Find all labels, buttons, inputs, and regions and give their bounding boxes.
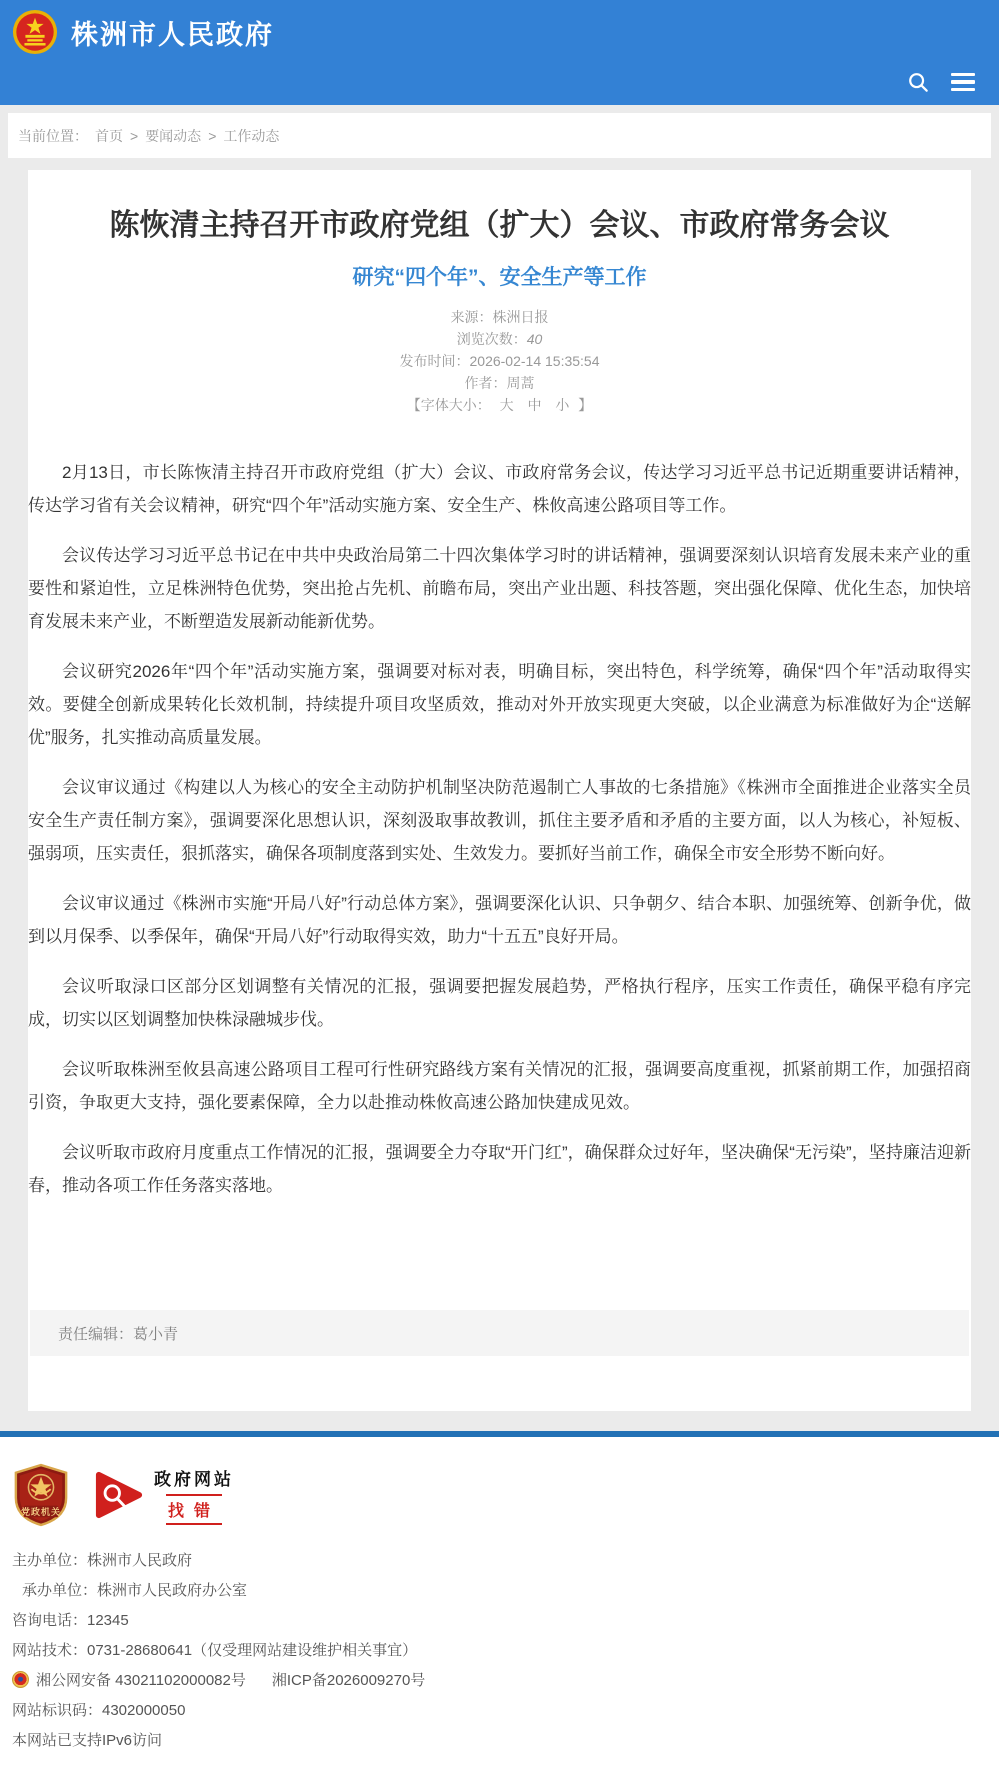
editor-note-text: 责任编辑：葛小青 [58, 1323, 178, 1344]
fontsize-prefix: 【字体大小： [407, 397, 491, 413]
footer-tech-line: 网站技术：0731-28680641（仅受理网站建设维护相关事宜） [12, 1639, 987, 1660]
meta-source-value: 株洲日报 [493, 309, 549, 325]
error-report-flag-icon [94, 1470, 144, 1520]
editor-note: 责任编辑：葛小青 [30, 1310, 969, 1356]
footer-ipv6-text: 本网站已支持IPv6访问 [12, 1729, 162, 1750]
article-paragraph: 会议审议通过《株洲市实施“开局八好”行动总体方案》，强调要深化认识、只争朝夕、结… [28, 887, 971, 953]
gongan-beian-link[interactable]: 湘公网安备 43021102000082号 [36, 1669, 246, 1690]
site-logo[interactable]: 株洲市人民政府 [0, 0, 999, 55]
article-paragraph: 会议听取市政府月度重点工作情况的汇报，强调要全力夺取“开门红”，确保群众过好年，… [28, 1136, 971, 1202]
national-emblem-icon [12, 9, 58, 55]
footer-ipv6-line: 本网站已支持IPv6访问 [12, 1729, 987, 1750]
footer-phone-line: 咨询电话：12345 [12, 1609, 987, 1630]
search-icon[interactable] [907, 71, 929, 93]
site-header: 株洲市人民政府 [0, 0, 999, 105]
article-paragraph: 会议审议通过《构建以人为核心的安全主动防护机制坚决防范遏制亡人事故的七条措施》《… [28, 771, 971, 870]
meta-views: 浏览次数：40 [28, 328, 971, 350]
meta-author-label: 作者： [465, 375, 507, 391]
error-report-line1: 政府网站 [154, 1470, 234, 1489]
article-paragraph: 2月13日，市长陈恢清主持召开市政府党组（扩大）会议、市政府常务会议，传达学习习… [28, 456, 971, 522]
fontsize-suffix: 】 [578, 397, 592, 413]
meta-author: 作者：周蒿 [28, 372, 971, 394]
footer-beian-line: 湘公网安备 43021102000082号 湘ICP备2026009270号 [12, 1669, 987, 1690]
site-title: 株洲市人民政府 [71, 13, 274, 52]
footer-host-line: 主办单位：株洲市人民政府 [12, 1549, 987, 1570]
article-subtitle: 研究“四个年”、安全生产等工作 [28, 261, 971, 291]
meta-time: 发布时间：2026-02-14 15:35:54 [28, 350, 971, 372]
footer-logos: 党政机关 政府网站 找错 [12, 1463, 987, 1527]
article-paragraph: 会议传达学习习近平总书记在中共中央政治局第二十四次集体学习时的讲话精神，强调要深… [28, 539, 971, 638]
breadcrumb-separator: > [208, 128, 216, 144]
article-paragraph: 会议听取渌口区部分区划调整有关情况的汇报，强调要把握发展趋势，严格执行程序，压实… [28, 970, 971, 1036]
fontsize-medium-button[interactable]: 中 [528, 397, 542, 413]
footer-sitecode-text: 网站标识码：4302000050 [12, 1699, 185, 1720]
icp-beian-link[interactable]: 湘ICP备2026009270号 [272, 1669, 425, 1690]
meta-author-value: 周蒿 [507, 375, 535, 391]
party-badge-label: 党政机关 [21, 1505, 61, 1518]
meta-time-label: 发布时间： [400, 353, 470, 369]
article-paragraph: 会议听取株洲至攸县高速公路项目工程可行性研究路线方案有关情况的汇报，强调要高度重… [28, 1053, 971, 1119]
fontsize-large-button[interactable]: 大 [500, 397, 514, 413]
footer-sitecode-line: 网站标识码：4302000050 [12, 1699, 987, 1720]
footer-info: 主办单位：株洲市人民政府 承办单位：株洲市人民政府办公室 咨询电话：12345 … [12, 1549, 987, 1750]
footer-organizer-text: 承办单位：株洲市人民政府办公室 [22, 1579, 247, 1600]
article-meta: 来源：株洲日报 浏览次数：40 发布时间：2026-02-14 15:35:54… [28, 306, 971, 416]
breadcrumb-item-home[interactable]: 首页 [95, 126, 123, 146]
footer-tech-text: 网站技术：0731-28680641（仅受理网站建设维护相关事宜） [12, 1639, 417, 1660]
meta-source: 来源：株洲日报 [28, 306, 971, 328]
police-badge-icon [12, 1671, 29, 1688]
breadcrumb-separator: > [130, 128, 138, 144]
article-title: 陈恢清主持召开市政府党组（扩大）会议、市政府常务会议 [28, 200, 971, 244]
footer-phone-text: 咨询电话：12345 [12, 1609, 129, 1630]
breadcrumb: 当前位置： 首页 > 要闻动态 > 工作动态 [8, 113, 991, 158]
menu-icon[interactable] [951, 71, 975, 93]
error-report-text: 政府网站 找错 [154, 1465, 234, 1525]
error-report-line2: 找错 [166, 1494, 222, 1525]
party-government-badge[interactable]: 党政机关 [12, 1463, 70, 1527]
meta-views-label: 浏览次数： [457, 331, 527, 347]
meta-time-value: 2026-02-14 15:35:54 [470, 353, 600, 369]
breadcrumb-item-news[interactable]: 要闻动态 [145, 126, 201, 146]
fontsize-control: 【字体大小： 大 中 小 】 [28, 394, 971, 416]
footer-organizer-line: 承办单位：株洲市人民政府办公室 [12, 1579, 987, 1600]
meta-source-label: 来源： [451, 309, 493, 325]
meta-views-value: 40 [527, 331, 543, 347]
breadcrumb-label: 当前位置： [18, 126, 88, 146]
footer-host-text: 主办单位：株洲市人民政府 [12, 1549, 192, 1570]
website-error-report-logo[interactable]: 政府网站 找错 [94, 1465, 234, 1525]
article-container: 陈恢清主持召开市政府党组（扩大）会议、市政府常务会议 研究“四个年”、安全生产等… [28, 170, 971, 1411]
article-body: 2月13日，市长陈恢清主持召开市政府党组（扩大）会议、市政府常务会议，传达学习习… [28, 456, 971, 1202]
header-toolbar [907, 71, 975, 93]
article-paragraph: 会议研究2026年“四个年”活动实施方案，强调要对标对表，明确目标，突出特色，科… [28, 655, 971, 754]
breadcrumb-item-work[interactable]: 工作动态 [223, 126, 279, 146]
fontsize-small-button[interactable]: 小 [555, 397, 569, 413]
